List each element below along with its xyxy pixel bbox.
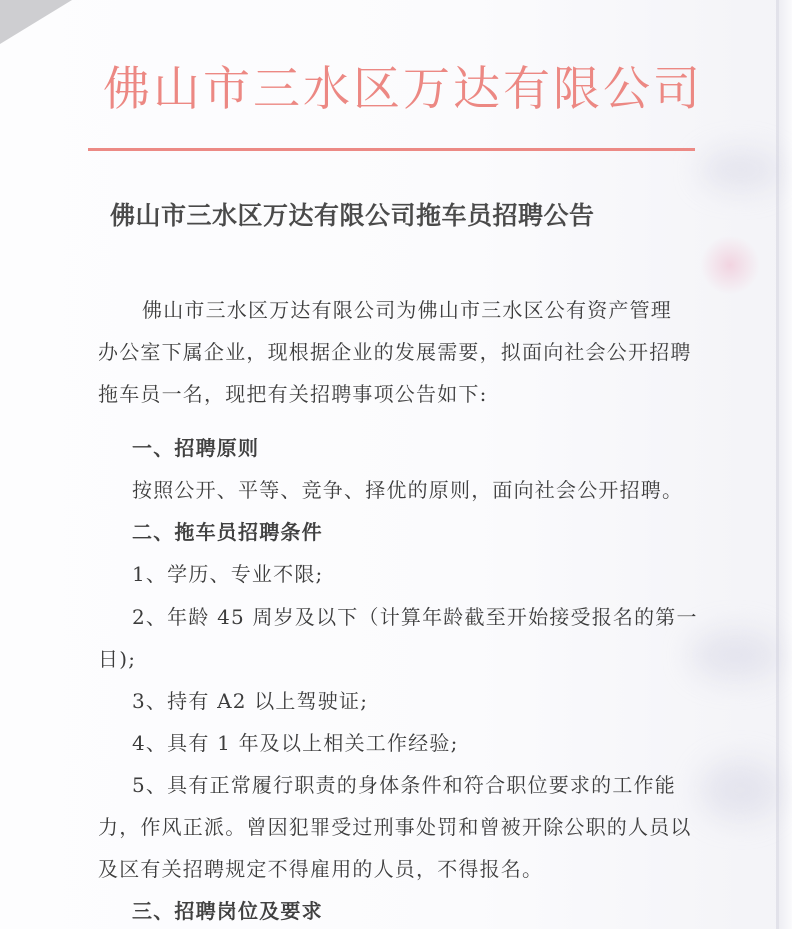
condition-item-5: 5、具有正常履行职责的身体条件和符合职位要求的工作能 [132, 769, 676, 798]
scan-smudge [700, 150, 780, 190]
section-1-heading: 一、招聘原则 [132, 432, 259, 461]
scan-smudge [700, 760, 780, 820]
condition-item-1: 1、学历、专业不限; [132, 558, 323, 587]
scanned-page: 佛山市三水区万达有限公司 佛山市三水区万达有限公司拖车员招聘公告 佛山市三水区万… [0, 0, 792, 929]
section-1-body: 按照公开、平等、竞争、择优的原则，面向社会公开招聘。 [132, 474, 683, 503]
intro-line-1: 佛山市三水区万达有限公司为佛山市三水区公有资产管理 [142, 294, 672, 323]
scan-smudge [690, 630, 780, 680]
condition-item-2: 2、年龄 45 周岁及以下（计算年龄截至开始接受报名的第一 [132, 601, 698, 630]
intro-line-3: 拖车员一名，现把有关招聘事项公告如下: [98, 378, 488, 407]
section-2-heading: 二、拖车员招聘条件 [132, 516, 323, 545]
section-3-heading: 三、招聘岗位及要求 [132, 895, 323, 924]
document-title: 佛山市三水区万达有限公司拖车员招聘公告 [110, 196, 595, 232]
page-edge-shadow [779, 0, 792, 929]
letterhead-red-rule [88, 148, 695, 151]
intro-line-2: 办公室下属企业，现根据企业的发展需要，拟面向社会公开招聘 [98, 336, 692, 365]
condition-item-3: 3、持有 A2 以上驾驶证; [132, 685, 368, 714]
condition-item-4: 4、具有 1 年及以上相关工作经验; [132, 727, 459, 756]
letterhead-company-name: 佛山市三水区万达有限公司 [103, 62, 683, 118]
folded-corner [0, 0, 72, 44]
condition-item-5-cont-2: 及区有关招聘规定不得雇用的人员，不得报名。 [98, 853, 543, 882]
condition-item-5-cont-1: 力，作风正派。曾因犯罪受过刑事处罚和曾被开除公职的人员以 [98, 811, 692, 840]
stamp-bleed-through [700, 235, 760, 295]
condition-item-2-cont: 日); [98, 643, 136, 672]
